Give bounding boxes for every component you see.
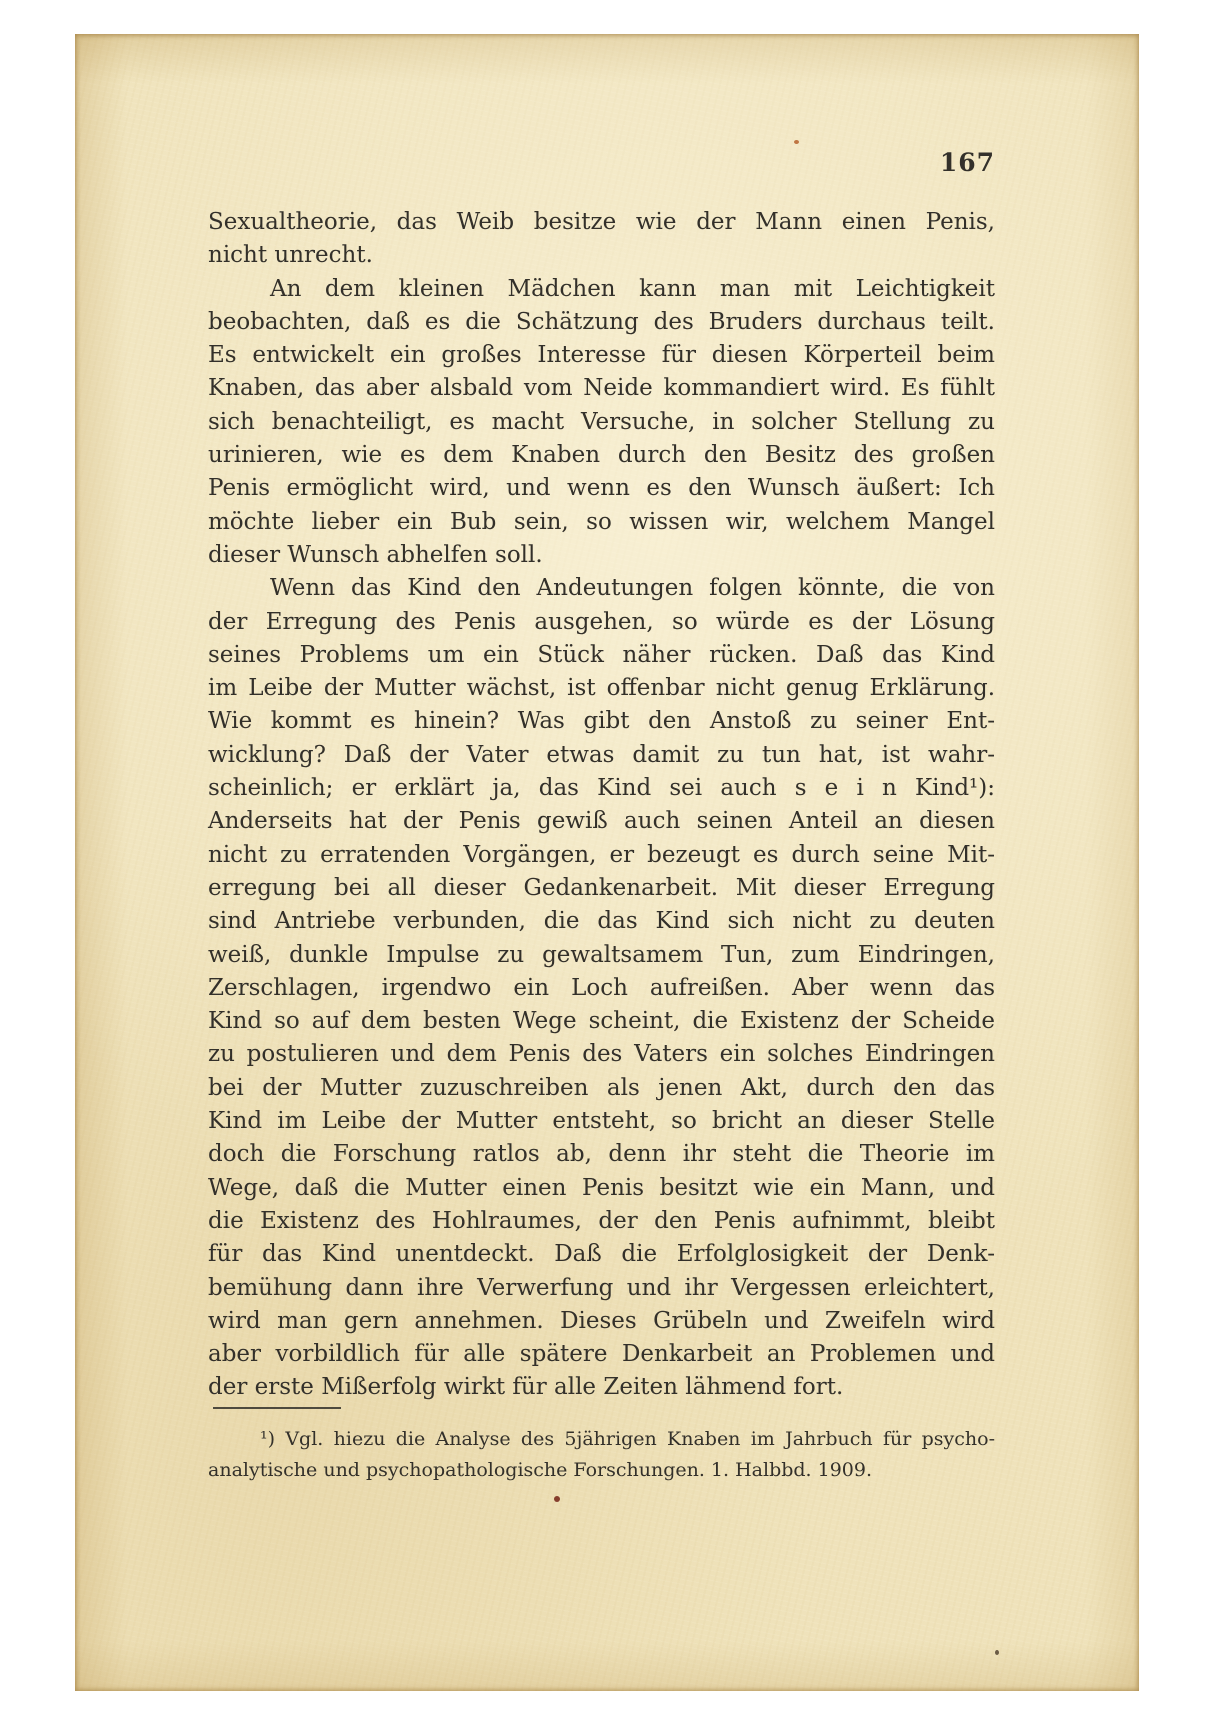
text-line: bei der Mutter zuzuschreiben als jenen A…: [208, 1072, 995, 1105]
text-line: der Erregung des Penis ausgehen, so würd…: [208, 606, 995, 639]
text-line: für das Kind unentdeckt. Daß die Erfolgl…: [208, 1238, 995, 1271]
text-line: Knaben, das aber alsbald vom Neide komma…: [208, 372, 995, 405]
text-line: aber vorbildlich für alle spätere Denkar…: [208, 1338, 995, 1371]
text-line: seines Problems um ein Stück näher rücke…: [208, 639, 995, 672]
text-line: zu postulieren und dem Penis des Vaters …: [208, 1038, 995, 1071]
text-line: nicht unrecht.: [208, 239, 995, 272]
text-line: erregung bei all dieser Gedankenarbeit. …: [208, 872, 995, 905]
text-line: Kind so auf dem besten Wege scheint, die…: [208, 1005, 995, 1038]
text-line: weiß, dunkle Impulse zu gewaltsamem Tun,…: [208, 939, 995, 972]
footnote-line: analytische und psychopathologische Fors…: [208, 1455, 995, 1486]
text-line: doch die Forschung ratlos ab, denn ihr s…: [208, 1138, 995, 1171]
text-line: Zerschlagen, irgendwo ein Loch aufreißen…: [208, 972, 995, 1005]
text-line: Anderseits hat der Penis gewiß auch sein…: [208, 805, 995, 838]
text-line: dieser Wunsch abhelfen soll.: [208, 539, 995, 572]
text-line: möchte lieber ein Bub sein, so wissen wi…: [208, 506, 995, 539]
text-line: die Existenz des Hohlraumes, der den Pen…: [208, 1205, 995, 1238]
text-line: Wege, daß die Mutter einen Penis besitzt…: [208, 1172, 995, 1205]
text-line: im Leibe der Mutter wächst, ist offenbar…: [208, 672, 995, 705]
text-line: An dem kleinen Mädchen kann man mit Leic…: [208, 273, 995, 306]
text-line: der erste Mißerfolg wirkt für alle Zeite…: [208, 1371, 995, 1404]
text-line: Kind im Leibe der Mutter entsteht, so br…: [208, 1105, 995, 1138]
footnote-line: ¹) Vgl. hiezu die Analyse des 5jährigen …: [208, 1424, 995, 1455]
paper-speck: [554, 1496, 560, 1502]
text-line: sind Antriebe verbunden, die das Kind si…: [208, 905, 995, 938]
paper-speck: [995, 1650, 999, 1655]
text-line: beobachten, daß es die Schätzung des Bru…: [208, 306, 995, 339]
text-line: wird man gern annehmen. Dieses Grübeln u…: [208, 1305, 995, 1338]
body-text: Sexualtheorie, das Weib besitze wie der …: [208, 206, 995, 1405]
text-line: sich benachteiligt, es macht Versuche, i…: [208, 406, 995, 439]
text-line: Es entwickelt ein großes Interesse für d…: [208, 339, 995, 372]
text-line: bemühung dann ihre Verwerfung und ihr Ve…: [208, 1272, 995, 1305]
paper-speck: [794, 140, 799, 144]
footnote-separator: [213, 1407, 341, 1409]
text-line: Sexualtheorie, das Weib besitze wie der …: [208, 206, 995, 239]
text-line: wicklung? Daß der Vater etwas damit zu t…: [208, 739, 995, 772]
book-page: 167 Sexualtheorie, das Weib besitze wie …: [75, 34, 1139, 1691]
text-line: nicht zu erratenden Vorgängen, er bezeug…: [208, 839, 995, 872]
text-line: scheinlich; er erklärt ja, das Kind sei …: [208, 772, 995, 805]
text-line: Wenn das Kind den Andeutungen folgen kön…: [208, 572, 995, 605]
page-number: 167: [940, 148, 995, 177]
text-line: Penis ermöglicht wird, und wenn es den W…: [208, 472, 995, 505]
text-line: Wie kommt es hinein? Was gibt den Anstoß…: [208, 705, 995, 738]
scan-background: 167 Sexualtheorie, das Weib besitze wie …: [0, 0, 1209, 1733]
text-line: urinieren, wie es dem Knaben durch den B…: [208, 439, 995, 472]
footnote-text: ¹) Vgl. hiezu die Analyse des 5jährigen …: [208, 1424, 995, 1486]
